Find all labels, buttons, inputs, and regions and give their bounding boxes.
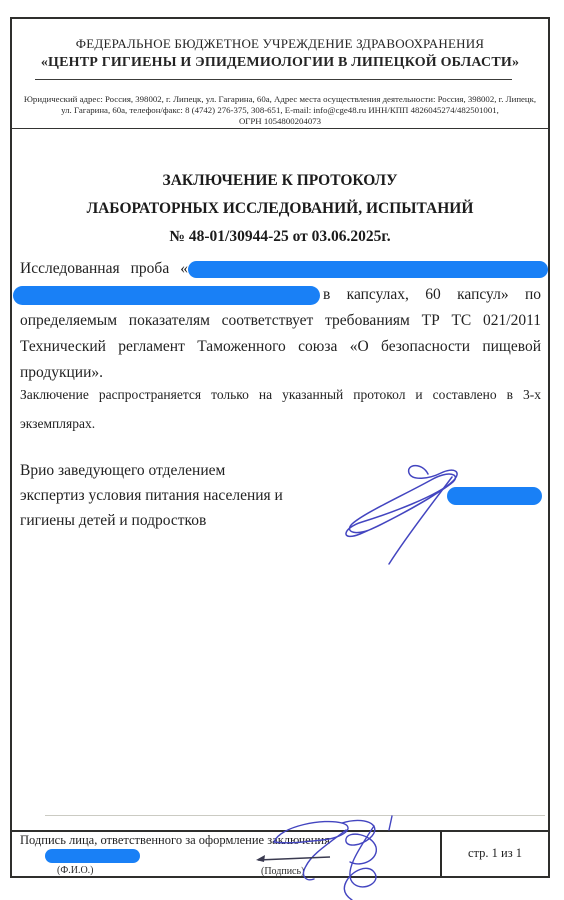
- address-separator-line: [11, 128, 549, 129]
- page-border: [10, 17, 550, 878]
- fio-caption: (Ф.И.О.): [57, 865, 94, 876]
- redaction-pill-product-name-1: [188, 261, 548, 278]
- conclusion-note-line2: экземплярах.: [20, 409, 541, 438]
- signer-position-line1: Врио заведующего отделением: [20, 458, 340, 483]
- page-counter: стр. 1 из 1: [442, 831, 548, 876]
- address-line3: ОГРН 1054800204073: [14, 116, 546, 127]
- organization-name-line1: ФЕДЕРАЛЬНОЕ БЮДЖЕТНОЕ УЧРЕЖДЕНИЕ ЗДРАВОО…: [11, 36, 549, 52]
- footer-signature-ink-scribble: [246, 810, 410, 900]
- signature-ink-scribble: [332, 452, 472, 567]
- redaction-pill-footer-name: [45, 849, 140, 863]
- organization-name-line2: «ЦЕНТР ГИГИЕНЫ И ЭПИДЕМИОЛОГИИ В ЛИПЕЦКО…: [11, 55, 549, 71]
- body-line-2: в капсулах, 60 капсул» по: [20, 282, 541, 308]
- redaction-pill-product-name-2: [13, 286, 320, 305]
- address-block: Юридический адрес: Россия, 398002, г. Ли…: [14, 94, 546, 127]
- body-line-1-text: Исследованная проба «: [20, 256, 188, 282]
- body-line-2-text: в капсулах, 60 капсул» по: [323, 282, 541, 308]
- signer-position-line3: гигиены детей и подростков: [20, 508, 340, 533]
- document-title: ЗАКЛЮЧЕНИЕ К ПРОТОКОЛУ ЛАБОРАТОРНЫХ ИССЛ…: [11, 167, 549, 251]
- body-paragraph: Исследованная проба « в капсулах, 60 кап…: [20, 256, 541, 386]
- header-separator-line: [35, 79, 512, 80]
- body-line-4: Технический регламент Таможенного союза …: [20, 334, 541, 360]
- document-title-line1: ЗАКЛЮЧЕНИЕ К ПРОТОКОЛУ: [11, 167, 549, 195]
- signature-line-arrowhead: [256, 855, 265, 862]
- document-title-line2: ЛАБОРАТОРНЫХ ИССЛЕДОВАНИЙ, ИСПЫТАНИЙ: [11, 195, 549, 223]
- body-line-1: Исследованная проба «: [20, 256, 541, 282]
- signer-position-block: Врио заведующего отделением экспертиз ус…: [20, 458, 340, 533]
- conclusion-note: Заключение распространяется только на ук…: [20, 380, 541, 438]
- organization-header: ФЕДЕРАЛЬНОЕ БЮДЖЕТНОЕ УЧРЕЖДЕНИЕ ЗДРАВОО…: [11, 36, 549, 71]
- address-line1: Юридический адрес: Россия, 398002, г. Ли…: [14, 94, 546, 105]
- address-line2: ул. Гагарина, 60а, телефон/факс: 8 (4742…: [14, 105, 546, 116]
- conclusion-note-line1: Заключение распространяется только на ук…: [20, 380, 541, 409]
- signer-position-line2: экспертиз условия питания населения и: [20, 483, 340, 508]
- protocol-number: № 48-01/30944-25 от 03.06.2025г.: [11, 223, 549, 251]
- body-line-3: определяемым показателям соответствует т…: [20, 308, 541, 334]
